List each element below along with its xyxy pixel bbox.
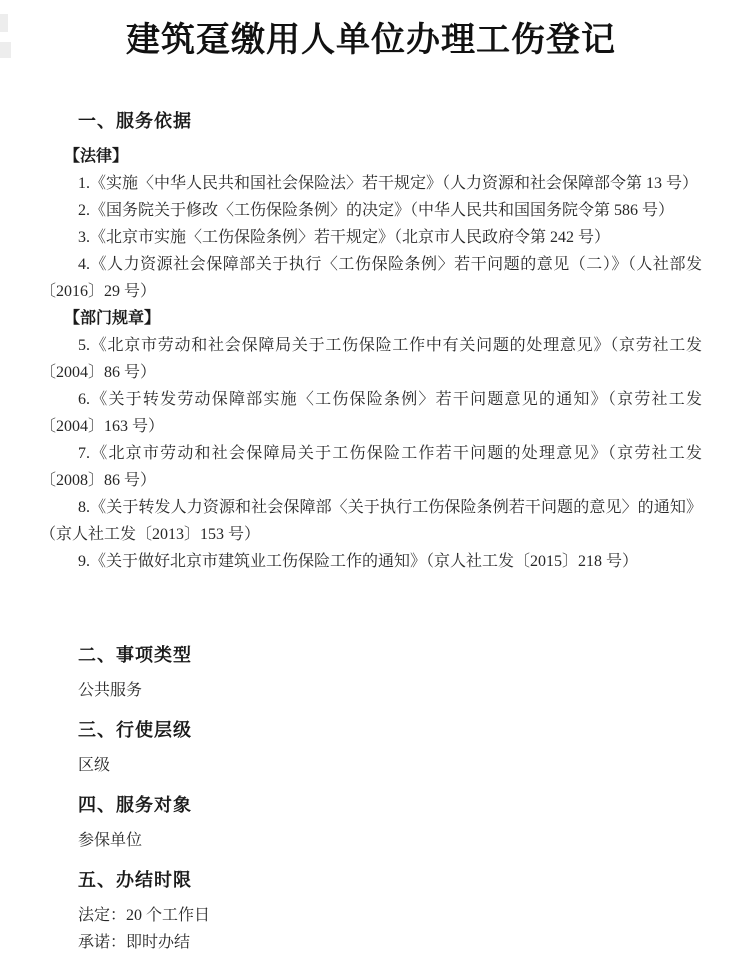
law-item-3: 3.《北京市实施〈工伤保险条例〉若干规定》（北京市人民政府令第 242 号） [40, 224, 702, 251]
scan-artifact [0, 14, 8, 32]
regulation-item-8: 8.《关于转发人力资源和社会保障部〈关于执行工伤保险条例若干问题的意见〉的通知》… [40, 494, 702, 548]
scan-artifact [0, 42, 11, 58]
section-heading-item-type: 二、事项类型 [78, 643, 702, 667]
section-heading-completion-time: 五、办结时限 [78, 868, 702, 892]
law-group-label: 【法律】 [40, 143, 702, 170]
regulation-item-6: 6.《关于转发劳动保障部实施〈工伤保险条例〉若干问题意见的通知》（京劳社工发〔2… [40, 386, 702, 440]
law-item-1: 1.《实施〈中华人民共和国社会保险法〉若干规定》（人力资源和社会保障部令第 13… [40, 170, 702, 197]
section-heading-service-target: 四、服务对象 [78, 793, 702, 817]
item-type-value: 公共服务 [78, 677, 702, 704]
service-target-value: 参保单位 [78, 827, 702, 854]
service-basis-content: 【法律】 1.《实施〈中华人民共和国社会保险法〉若干规定》（人力资源和社会保障部… [40, 143, 702, 629]
completion-time-statutory: 法定：20 个工作日 [78, 902, 702, 929]
regulation-item-5: 5.《北京市劳动和社会保障局关于工伤保险工作中有关问题的处理意见》（京劳社工发〔… [40, 332, 702, 386]
section-heading-exercise-level: 三、行使层级 [78, 718, 702, 742]
regulation-item-7: 7.《北京市劳动和社会保障局关于工伤保险工作若干问题的处理意见》（京劳社工发〔2… [40, 440, 702, 494]
exercise-level-value: 区级 [78, 752, 702, 779]
section-heading-service-basis: 一、服务依据 [78, 109, 702, 133]
law-item-4: 4.《人力资源社会保障部关于执行〈工伤保险条例〉若干问题的意见（二）》（人社部发… [40, 251, 702, 305]
law-item-2: 2.《国务院关于修改〈工伤保险条例〉的决定》（中华人民共和国国务院令第 586 … [40, 197, 702, 224]
regulation-group-label: 【部门规章】 [40, 305, 702, 332]
document-title: 建筑趸缴用人单位办理工伤登记 [40, 20, 702, 62]
document-page: 建筑趸缴用人单位办理工伤登记 一、服务依据 【法律】 1.《实施〈中华人民共和国… [0, 0, 742, 964]
completion-time-promised: 承诺：即时办结 [78, 929, 702, 956]
regulation-item-9: 9.《关于做好北京市建筑业工伤保险工作的通知》（京人社工发〔2015〕218 号… [40, 548, 702, 575]
